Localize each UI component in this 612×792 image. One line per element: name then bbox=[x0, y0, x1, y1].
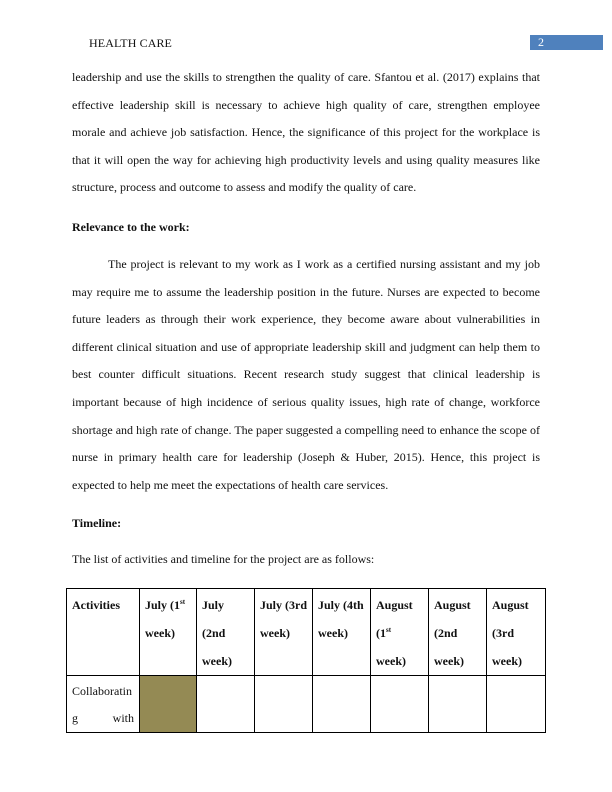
heading-timeline: Timeline: bbox=[72, 516, 121, 531]
heading-relevance: Relevance to the work: bbox=[72, 220, 190, 235]
week-cell bbox=[255, 676, 313, 733]
paragraph-significance: leadership and use the skills to strengt… bbox=[72, 64, 540, 202]
text-line: expected to help me meet the expectation… bbox=[72, 472, 540, 500]
timeline-table: ActivitiesJuly (1st week)July (2nd week)… bbox=[66, 588, 546, 733]
column-header-week: August (2nd week) bbox=[429, 589, 487, 676]
text-line: different clinical situation and use of … bbox=[72, 334, 540, 362]
week-cell bbox=[487, 676, 546, 733]
week-cell bbox=[197, 676, 255, 733]
page-number: 2 bbox=[530, 35, 603, 50]
text-line: effective leadership skill is necessary … bbox=[72, 92, 540, 120]
week-cell-scheduled bbox=[140, 676, 197, 733]
text-line: may require me to assume the leadership … bbox=[72, 279, 540, 307]
column-header-week: July (2nd week) bbox=[197, 589, 255, 676]
table-header-row: ActivitiesJuly (1st week)July (2nd week)… bbox=[67, 589, 546, 676]
text-line: morale and achieve job satisfaction. Hen… bbox=[72, 119, 540, 147]
paragraph-relevance: The project is relevant to my work as I … bbox=[72, 251, 540, 499]
text-line: nurse in primary health care for leaders… bbox=[72, 444, 540, 472]
text-line: The project is relevant to my work as I … bbox=[72, 251, 540, 279]
column-header-week: August (3rd week) bbox=[487, 589, 546, 676]
text-line: The list of activities and timeline for … bbox=[72, 546, 540, 574]
week-cell bbox=[313, 676, 371, 733]
text-line: shortage and high rate of change. The pa… bbox=[72, 417, 540, 445]
column-header-week: August (1st week) bbox=[371, 589, 429, 676]
text-line: structure, process and outcome to assess… bbox=[72, 174, 540, 202]
ordinal-suffix: st bbox=[386, 626, 391, 634]
text-line: that it will open the way for achieving … bbox=[72, 147, 540, 175]
text-line: leadership and use the skills to strengt… bbox=[72, 64, 540, 92]
text-line: future leaders as through their work exp… bbox=[72, 306, 540, 334]
running-head-title: HEALTH CARE bbox=[89, 36, 172, 51]
table-row: Collaborating with bbox=[67, 676, 546, 733]
week-cell bbox=[371, 676, 429, 733]
column-header-week: July (1st week) bbox=[140, 589, 197, 676]
column-header-week: July (3rd week) bbox=[255, 589, 313, 676]
week-cell bbox=[429, 676, 487, 733]
activity-cell: Collaborating with bbox=[67, 676, 140, 733]
text-line: best counter difficult situations. Recen… bbox=[72, 361, 540, 389]
column-header-week: July (4th week) bbox=[313, 589, 371, 676]
ordinal-suffix: st bbox=[180, 598, 185, 606]
text-line: important because of high incidence of s… bbox=[72, 389, 540, 417]
timeline-intro: The list of activities and timeline for … bbox=[72, 546, 540, 574]
column-header-activities: Activities bbox=[67, 589, 140, 676]
